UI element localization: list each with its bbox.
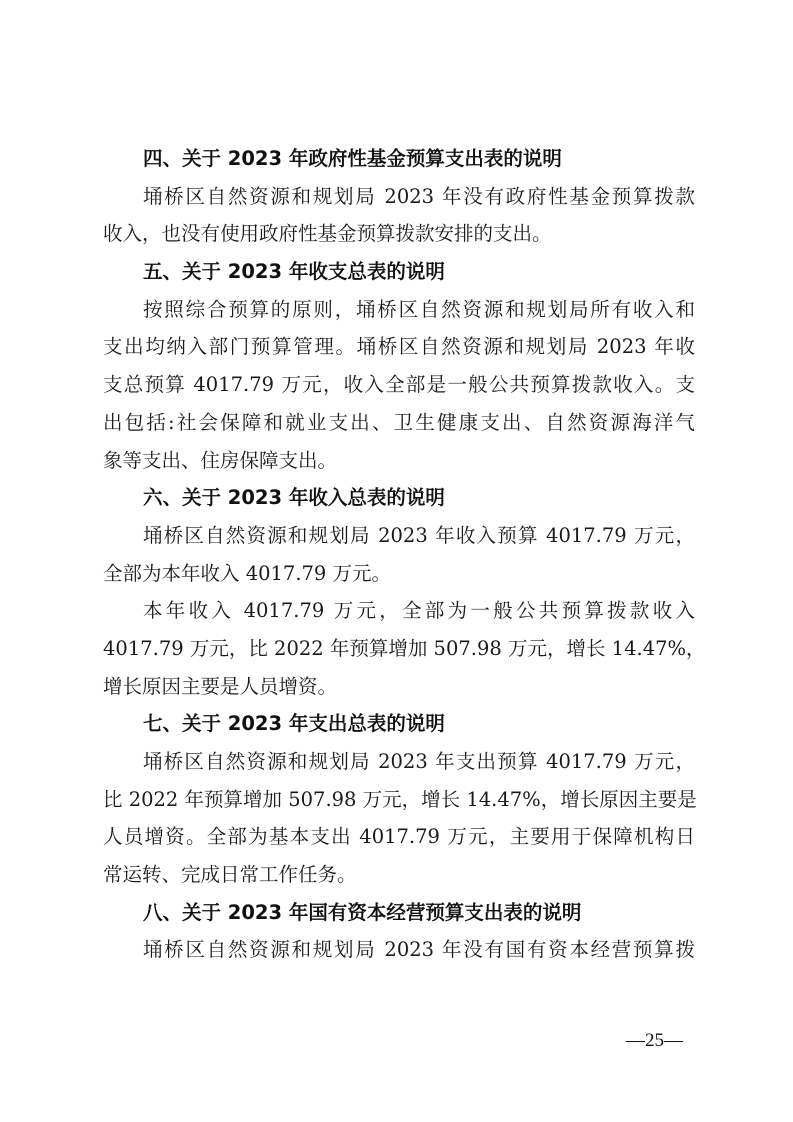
paragraph-line: 常运转、完成日常工作任务。 — [103, 856, 695, 894]
paragraph-line: 支出均纳入部门预算管理。埇桥区自然资源和规划局 2023 年收 — [103, 328, 695, 366]
paragraph-line: 埇桥区自然资源和规划局 2023 年没有政府性基金预算拨款 — [103, 178, 695, 216]
section-heading: 七、关于 2023 年支出总表的说明 — [103, 705, 695, 743]
page-number: —25— — [626, 1030, 683, 1052]
paragraph-line: 埇桥区自然资源和规划局 2023 年支出预算 4017.79 万元， — [103, 743, 695, 781]
paragraph-line: 增长原因主要是人员增资。 — [103, 668, 695, 706]
section-heading: 六、关于 2023 年收入总表的说明 — [103, 479, 695, 517]
section-heading: 四、关于 2023 年政府性基金预算支出表的说明 — [103, 140, 695, 178]
paragraph-line: 按照综合预算的原则，埇桥区自然资源和规划局所有收入和 — [103, 291, 695, 329]
paragraph-line: 支总预算 4017.79 万元，收入全部是一般公共预算拨款收入。支 — [103, 366, 695, 404]
paragraph-line: 4017.79 万元，比 2022 年预算增加 507.98 万元，增长 14.… — [103, 630, 695, 668]
section-heading: 五、关于 2023 年收支总表的说明 — [103, 253, 695, 291]
section-heading: 八、关于 2023 年国有资本经营预算支出表的说明 — [103, 894, 695, 932]
paragraph-line: 出包括:社会保障和就业支出、卫生健康支出、自然资源海洋气 — [103, 404, 695, 442]
paragraph-line: 全部为本年收入 4017.79 万元。 — [103, 555, 695, 593]
paragraph-line: 埇桥区自然资源和规划局 2023 年没有国有资本经营预算拨 — [103, 931, 695, 969]
document-page: 四、关于 2023 年政府性基金预算支出表的说明 埇桥区自然资源和规划局 202… — [103, 140, 695, 969]
paragraph-line: 收入，也没有使用政府性基金预算拨款安排的支出。 — [103, 215, 695, 253]
paragraph-line: 比 2022 年预算增加 507.98 万元，增长 14.47%，增长原因主要是 — [103, 781, 695, 819]
paragraph-line: 本年收入 4017.79 万元，全部为一般公共预算拨款收入 — [103, 592, 695, 630]
paragraph-line: 人员增资。全部为基本支出 4017.79 万元，主要用于保障机构日 — [103, 818, 695, 856]
paragraph-line: 埇桥区自然资源和规划局 2023 年收入预算 4017.79 万元， — [103, 517, 695, 555]
paragraph-line: 象等支出、住房保障支出。 — [103, 442, 695, 480]
